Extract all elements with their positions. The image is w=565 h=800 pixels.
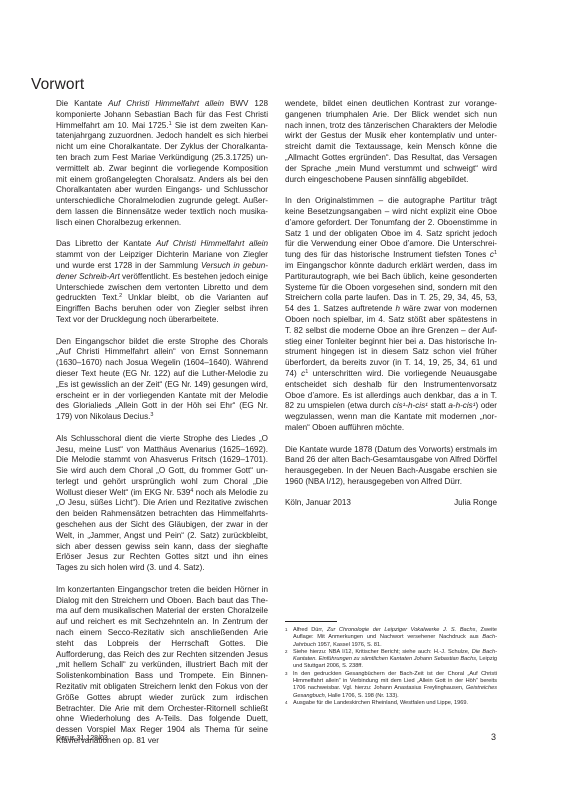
left-column: Die Kantate Auf Christi Himmelfahrt alle… [56, 99, 268, 747]
footnote-ref-3[interactable]: 3 [150, 412, 153, 418]
paragraph-oboe: In den Originalstimmen – die autographe … [285, 196, 497, 434]
right-column: wendete, bildet einen deutlichen Kontras… [285, 99, 497, 509]
author-name: Julia Ronge [454, 498, 497, 509]
catalog-number: Carus 31.128/03 [56, 735, 108, 742]
document-page: Vorwort Die Kantate Auf Christi Himmelfa… [0, 0, 565, 800]
cantata-title: Auf Christi Himmelfahrt allein [156, 239, 268, 248]
paragraph-concertante: Im konzertanten Eingangschor treten die … [56, 585, 268, 747]
paragraph-editions: Die Kantate wurde 1878 (Datum des Vorwor… [285, 445, 497, 488]
paragraph-intro: Die Kantate Auf Christi Himmelfahrt alle… [56, 99, 268, 229]
cantata-title: Auf Christi Himmelfahrt allein [108, 99, 224, 108]
signature-line: Köln, Januar 2013 Julia Ronge [285, 498, 497, 509]
paragraph-opening-chorus: Den Eingangschor bildet die erste Stroph… [56, 337, 268, 423]
footnote-divider [285, 621, 337, 622]
paragraph-libretto: Das Libretto der Kantate Auf Christi Him… [56, 239, 268, 325]
footnote-2: 2Siehe hierzu: NBA I/12, Kritischer Beri… [285, 649, 497, 671]
paragraph-final-chorale: Als Schlusschoral dient die vierte Strop… [56, 434, 268, 574]
footnote-4: 4Ausgabe für die Landeskirchen Rheinland… [285, 700, 497, 707]
footnote-3: 3In den gedruckten Gesangbüchern der Bac… [285, 671, 497, 700]
footnote-1: 1Alfred Dürr, Zur Chronologie der Leipzi… [285, 627, 497, 649]
page-title: Vorwort [31, 76, 84, 94]
page-number: 3 [491, 732, 496, 742]
footnotes: 1Alfred Dürr, Zur Chronologie der Leipzi… [285, 627, 497, 707]
place-date: Köln, Januar 2013 [285, 498, 351, 509]
paragraph-duet: wendete, bildet einen deutlichen Kontras… [285, 99, 497, 185]
